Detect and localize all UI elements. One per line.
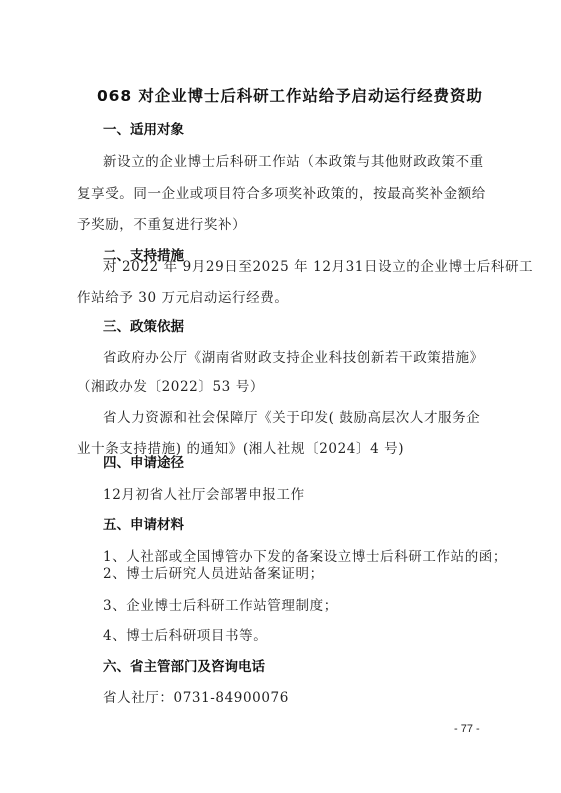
paragraph-line: 复享受。同一企业或项目符合多项奖补政策的，按最高奖补金额给	[77, 182, 486, 202]
section-heading-department-contact: 六、省主管部门及咨询电话	[103, 655, 265, 675]
list-item: 4、博士后科研项目书等。	[103, 624, 267, 644]
list-item: 2、博士后研究人员进站备案证明；	[103, 562, 324, 582]
section-heading-applicable-objects: 一、适用对象	[103, 118, 184, 138]
paragraph-line: 作站给予 30 万元启动运行经费。	[77, 286, 288, 306]
contact-phone: 省人社厅：0731-84900076	[103, 686, 289, 706]
paragraph-line: 省政府办公厅《湖南省财政支持企业科技创新若干政策措施》	[103, 346, 484, 366]
section-heading-application-materials: 五、申请材料	[103, 513, 184, 533]
paragraph-line: （湘政办发〔2022〕53 号）	[77, 375, 264, 395]
paragraph-line: 12月初省人社厅会部署申报工作	[103, 483, 305, 503]
document-page: 068 对企业博士后科研工作站给予启动运行经费资助 一、适用对象 新设立的企业博…	[0, 0, 561, 793]
paragraph-line: 予奖励，不重复进行奖补）	[77, 213, 246, 233]
list-item: 3、企业博士后科研工作站管理制度；	[103, 594, 338, 614]
paragraph-line: 省人力资源和社会保障厅《关于印发( 鼓励高层次人才服务企	[103, 406, 480, 426]
paragraph-line: 新设立的企业博士后科研工作站（本政策与其他财政政策不重	[103, 150, 484, 170]
section-heading-policy-basis: 三、政策依据	[103, 315, 184, 335]
page-number: - 77 -	[454, 723, 480, 735]
section-heading-application-channel: 四、申请途径	[103, 451, 184, 471]
document-title: 068 对企业博士后科研工作站给予启动运行经费资助	[97, 84, 483, 106]
paragraph-line: 对 2022 年 9月29日至2025 年 12月31日设立的企业博士后科研工	[103, 255, 533, 275]
